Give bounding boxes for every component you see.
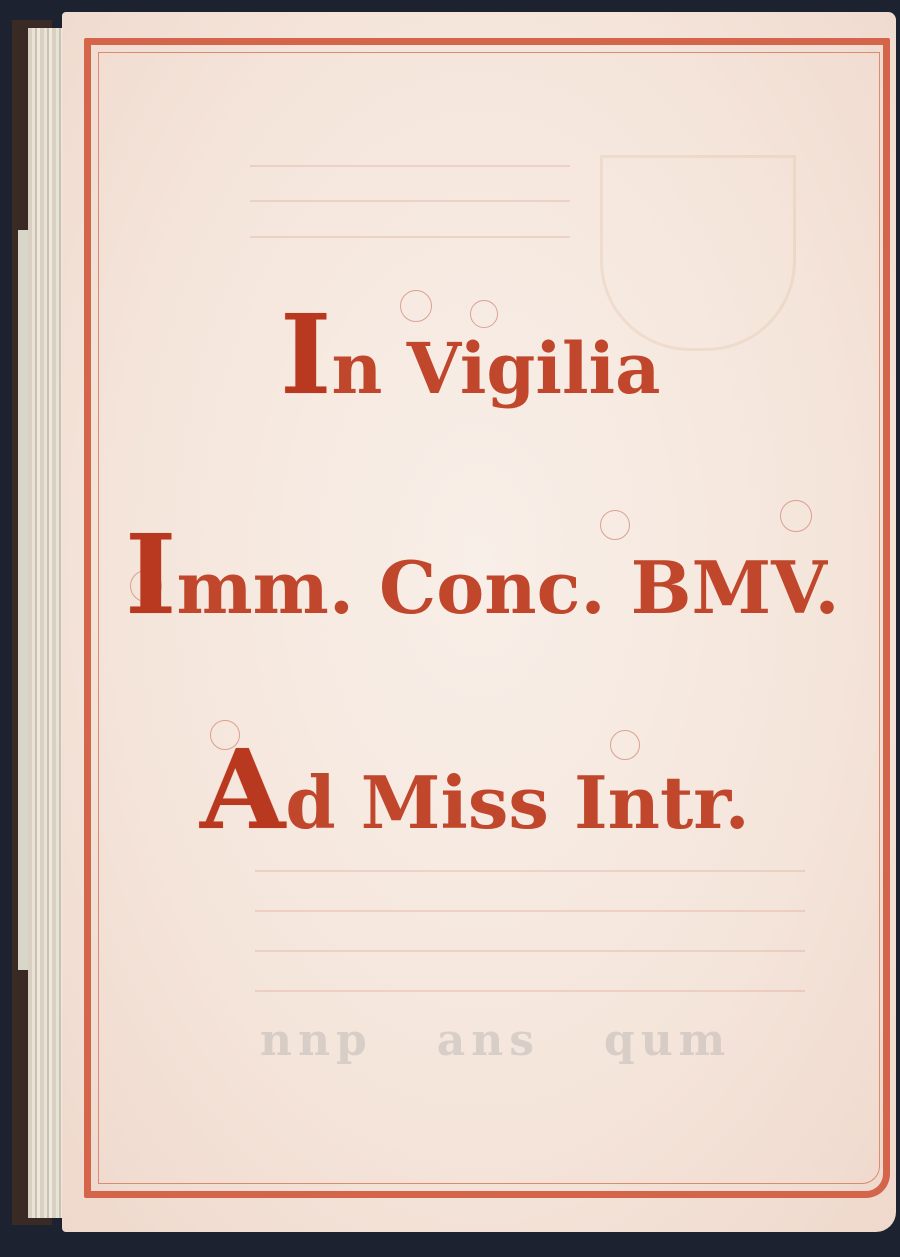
bleed-through-staff-line [250, 165, 570, 167]
bleed-through-staff-line [250, 200, 570, 202]
decorated-initial: I [280, 290, 331, 419]
decorated-initial: A [200, 725, 285, 854]
bleed-through-staff-line [255, 990, 805, 992]
rubric-text: n Vigilia [331, 327, 660, 410]
rubric-text: d Miss Intr. [285, 760, 749, 845]
rubric-line-3: Ad Miss Intr. [200, 725, 750, 854]
rubric-line-1: In Vigilia [280, 290, 660, 419]
bleed-through-staff-line [250, 236, 570, 238]
decorated-initial: I [125, 510, 176, 639]
bleed-through-text: nnp ans qum [260, 1015, 731, 1066]
bleed-through-staff-line [255, 910, 805, 912]
rubric-text: mm. Conc. BMV. [176, 545, 839, 630]
bleed-through-staff-line [255, 950, 805, 952]
bleed-through-staff-line [255, 870, 805, 872]
rubric-line-2: Imm. Conc. BMV. [125, 510, 840, 639]
